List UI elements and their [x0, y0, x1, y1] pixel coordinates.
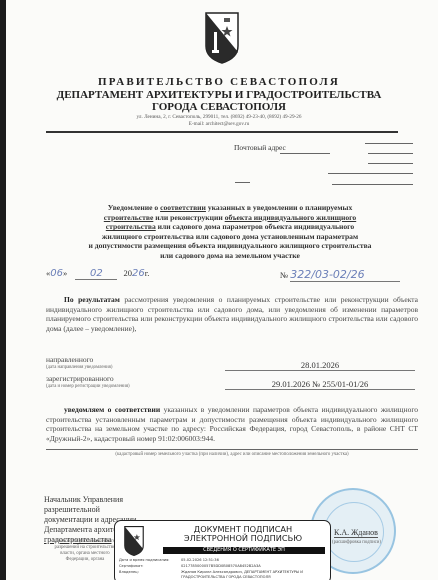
notification-title: Уведомление о соответствии указанных в у…	[40, 203, 420, 261]
document-date: «06» 02 2026г.	[46, 268, 149, 280]
date-day: 06	[50, 268, 63, 279]
recipient-line	[368, 153, 413, 154]
registered-hint: (дата и номер регистрации уведомления)	[46, 384, 130, 389]
sent-date: 28.01.2026	[225, 360, 415, 371]
signer-name-hint: (расшифровка подписи)	[332, 540, 381, 545]
results-paragraph: По результатам рассмотрения уведомления …	[46, 295, 418, 333]
signer-name: К.А. Жданов	[334, 528, 378, 538]
ep-title: ДОКУМЕНТ ПОДПИСАН ЭЛЕКТРОННОЙ ПОДПИСЬЮ	[163, 525, 323, 543]
recipient-line	[328, 173, 413, 174]
sent-hint: (дата направления уведомления)	[46, 365, 112, 370]
sent-label: направленного	[46, 355, 93, 364]
date-year: 26	[132, 268, 145, 279]
department-address: ул. Ленина, 2, г. Севастополь, 299011, т…	[0, 114, 438, 120]
recipient-line	[365, 143, 413, 144]
city-title: ГОРОДА СЕВАСТОПОЛЯ	[0, 101, 438, 113]
government-title: ПРАВИТЕЛЬСТВО СЕВАСТОПОЛЯ	[0, 76, 438, 88]
date-month: 02	[75, 268, 117, 280]
certificate-info-bar: СВЕДЕНИЯ О СЕРТИФИКАТЕ ЭП	[163, 547, 325, 554]
coat-of-arms-icon	[121, 526, 147, 556]
recipient-line	[368, 163, 413, 164]
department-title: ДЕПАРТАМЕНТ АРХИТЕКТУРЫ И ГРАДОСТРОИТЕЛЬ…	[0, 89, 438, 101]
cadastral-hint: (кадастровый номер земельного участка (п…	[46, 452, 418, 457]
recipient-line	[235, 182, 250, 183]
registered-label: зарегистрированного	[46, 374, 114, 383]
recipient-line	[280, 153, 330, 154]
address-underline	[46, 449, 418, 450]
conformity-paragraph: уведомляем о соответствии указанных в ув…	[46, 405, 418, 443]
electronic-signature-stamp: ДОКУМЕНТ ПОДПИСАН ЭЛЕКТРОННОЙ ПОДПИСЬЮ С…	[114, 520, 331, 580]
number-value: 322/03-02/26	[290, 268, 400, 282]
header-divider	[46, 131, 398, 133]
recipient-line	[332, 184, 413, 185]
postal-address-label: Почтовый адрес	[234, 143, 286, 152]
registration-value: 29.01.2026 № 255/01-01/26	[225, 379, 415, 390]
document-number: № 322/03-02/26	[280, 268, 400, 282]
department-email: E-mail: architect@sev.gov.ru	[0, 121, 438, 127]
coat-of-arms-icon	[205, 12, 239, 64]
